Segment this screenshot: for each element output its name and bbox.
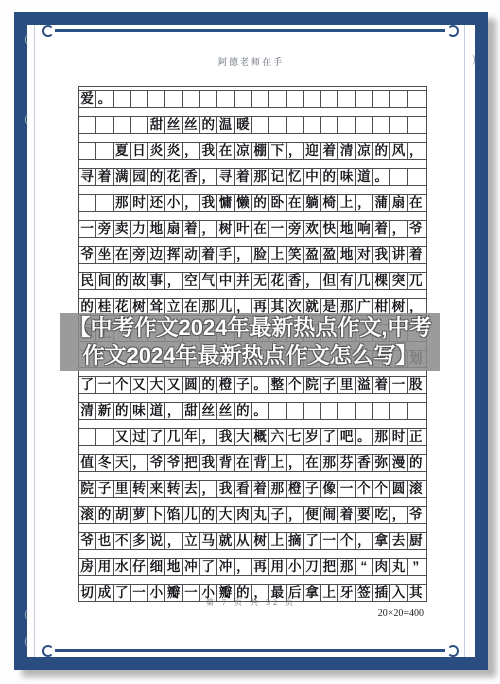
grid-cell: 味 bbox=[338, 169, 355, 185]
grid-cell: 花 bbox=[269, 273, 286, 289]
grid-cell: 扇 bbox=[390, 195, 407, 211]
grid-cell bbox=[79, 143, 96, 159]
grid-row: 民间的故事，空气中并无花香，但有几棵突兀 bbox=[79, 273, 426, 290]
grid-cell: 着 bbox=[373, 377, 390, 393]
grid-cell: 里 bbox=[338, 377, 355, 393]
grid-cell: 在 bbox=[287, 195, 304, 211]
grid-cell: 爱 bbox=[79, 91, 96, 107]
grid-cell: 丸 bbox=[390, 559, 407, 575]
grid-cell: 过 bbox=[131, 429, 148, 445]
grid-cell: 边 bbox=[148, 247, 165, 263]
grid-cell bbox=[252, 91, 269, 107]
grid-cell bbox=[373, 117, 390, 133]
grid-cell: 刀 bbox=[304, 559, 321, 575]
grid-cell: 中 bbox=[304, 169, 321, 185]
grid-cell: 我 bbox=[217, 429, 234, 445]
grid-cell bbox=[269, 403, 286, 419]
grid-cell: ， bbox=[200, 429, 217, 445]
grid-cell bbox=[390, 91, 407, 107]
grid-cell: 炎 bbox=[148, 143, 165, 159]
grid-cell: 丝 bbox=[217, 403, 234, 419]
grid-cell: 背 bbox=[217, 455, 234, 471]
grid-cell bbox=[79, 117, 96, 133]
grid-cell: 我 bbox=[217, 481, 234, 497]
grid-cell: 吧 bbox=[338, 429, 355, 445]
footer-grid-count: 20×20=400 bbox=[378, 608, 424, 619]
grid-cell: 的 bbox=[114, 273, 131, 289]
grid-cell bbox=[252, 117, 269, 133]
page-header: 阿德老师在手 bbox=[27, 55, 475, 68]
grid-cell: 丝 bbox=[183, 117, 200, 133]
grid-cell: ， bbox=[287, 507, 304, 523]
grid-cell: 子 bbox=[96, 481, 113, 497]
grid-cell: 把 bbox=[321, 559, 338, 575]
grid-cell bbox=[96, 143, 113, 159]
grid-cell: 从 bbox=[235, 533, 252, 549]
scroll-curl-bottom-left-icon bbox=[42, 645, 54, 657]
grid-cell: 正 bbox=[408, 429, 424, 445]
grid-gap-strip bbox=[79, 290, 426, 299]
grid-cell: 爷 bbox=[79, 247, 96, 263]
grid-cell: 年 bbox=[183, 429, 200, 445]
grid-gap-strip bbox=[79, 576, 426, 585]
grid-gap-strip bbox=[79, 264, 426, 273]
grid-cell: 棚 bbox=[252, 143, 269, 159]
grid-cell: 着 bbox=[96, 169, 113, 185]
grid-cell: 一 bbox=[321, 533, 338, 549]
grid-cell: 背 bbox=[252, 455, 269, 471]
grid-cell: 个 bbox=[356, 481, 373, 497]
grid-cell bbox=[356, 117, 373, 133]
grid-cell: 个 bbox=[114, 377, 131, 393]
grid-cell: 力 bbox=[131, 221, 148, 237]
grid-cell: ” bbox=[408, 559, 424, 575]
grid-cell: 用 bbox=[96, 559, 113, 575]
grid-cell: 爷 bbox=[408, 507, 424, 523]
grid-cell bbox=[114, 117, 131, 133]
grid-cell: 丝 bbox=[200, 403, 217, 419]
grid-gap-strip bbox=[79, 238, 426, 247]
grid-cell: 树 bbox=[252, 533, 269, 549]
grid-cell bbox=[217, 91, 234, 107]
grid-cell: 并 bbox=[235, 273, 252, 289]
grid-cell: 着 bbox=[321, 143, 338, 159]
grid-cell: 扇 bbox=[165, 221, 182, 237]
grid-cell: 着 bbox=[408, 247, 424, 263]
grid-cell bbox=[373, 403, 390, 419]
grid-cell: 时 bbox=[131, 195, 148, 211]
grid-row: 爷也不多说，立马就从树上摘了一个，拿去厨 bbox=[79, 533, 426, 550]
grid-cell: ， bbox=[165, 273, 182, 289]
grid-cell bbox=[148, 91, 165, 107]
grid-cell bbox=[131, 91, 148, 107]
grid-cell: 盈 bbox=[304, 247, 321, 263]
grid-cell: 蒲 bbox=[373, 195, 390, 211]
scroll-rule-bottom bbox=[55, 649, 445, 652]
grid-cell: 个 bbox=[373, 481, 390, 497]
grid-cell: 甜 bbox=[148, 117, 165, 133]
grid-cell: 一 bbox=[269, 221, 286, 237]
grid-cell: 了 bbox=[79, 377, 96, 393]
grid-cell: 那 bbox=[321, 455, 338, 471]
grid-cell: 的 bbox=[321, 169, 338, 185]
grid-cell: 地 bbox=[338, 221, 355, 237]
grid-cell: 中 bbox=[217, 273, 234, 289]
grid-gap-strip bbox=[79, 394, 426, 403]
grid-cell bbox=[287, 403, 304, 419]
grid-cell: 凉 bbox=[356, 143, 373, 159]
grid-cell: ， bbox=[200, 481, 217, 497]
grid-cell: 忆 bbox=[287, 169, 304, 185]
grid-cell: ， bbox=[165, 533, 182, 549]
grid-cell: 便 bbox=[304, 507, 321, 523]
grid-cell: 躺 bbox=[304, 195, 321, 211]
grid-cell: 溢 bbox=[356, 377, 373, 393]
grid-cell: 的 bbox=[200, 117, 217, 133]
grid-cell: 着 bbox=[235, 169, 252, 185]
grid-cell: 了 bbox=[304, 533, 321, 549]
grid-cell: 棵 bbox=[373, 273, 390, 289]
grid-cell: 马 bbox=[200, 533, 217, 549]
grid-gap-strip bbox=[79, 134, 426, 143]
grid-cell: 冲 bbox=[217, 559, 234, 575]
grid-cell: 香 bbox=[183, 169, 200, 185]
grid-cell: 时 bbox=[390, 429, 407, 445]
grid-cell: 像 bbox=[321, 481, 338, 497]
grid-cell: 丸 bbox=[252, 507, 269, 523]
grid-cell: ， bbox=[183, 143, 200, 159]
grid-cell: 肉 bbox=[235, 507, 252, 523]
overlay-title-line-1: 【中考作文2024年最新热点作文,中考 bbox=[68, 314, 431, 342]
grid-cell: 要 bbox=[356, 507, 373, 523]
grid-cell: 事 bbox=[148, 273, 165, 289]
grid-cell: 弥 bbox=[373, 455, 390, 471]
grid-row: 又过了几年，我大概六七岁了吧。那时正 bbox=[79, 429, 426, 446]
grid-cell: 的 bbox=[148, 169, 165, 185]
grid-cell: 在 bbox=[235, 455, 252, 471]
grid-cell: 还 bbox=[148, 195, 165, 211]
grid-cell: 立 bbox=[183, 533, 200, 549]
grid-cell bbox=[356, 403, 373, 419]
grid-cell: 讲 bbox=[390, 247, 407, 263]
grid-cell: 气 bbox=[200, 273, 217, 289]
grid-gap-strip bbox=[79, 498, 426, 507]
grid-cell: 上 bbox=[338, 195, 355, 211]
grid-cell: 在 bbox=[252, 221, 269, 237]
grid-row: 寻着满园的花香，寻着那记忆中的味道。 bbox=[79, 169, 426, 186]
grid-cell: 迎 bbox=[304, 143, 321, 159]
grid-cell: 那 bbox=[269, 481, 286, 497]
grid-cell: 上 bbox=[269, 455, 286, 471]
grid-gap-strip bbox=[79, 550, 426, 559]
grid-cell: ， bbox=[356, 195, 373, 211]
grid-cell: 小 bbox=[287, 559, 304, 575]
grid-cell: 爷 bbox=[165, 455, 182, 471]
page-curl-mark-icon: ( bbox=[24, 115, 28, 125]
grid-cell: 一 bbox=[79, 221, 96, 237]
grid-cell: 上 bbox=[269, 533, 286, 549]
grid-cell: 寻 bbox=[79, 169, 96, 185]
grid-cell: 卜 bbox=[148, 507, 165, 523]
grid-cell: 小 bbox=[165, 195, 182, 211]
grid-cell: 道 bbox=[148, 403, 165, 419]
grid-cell: 懒 bbox=[235, 195, 252, 211]
grid-cell bbox=[338, 117, 355, 133]
grid-cell: 值 bbox=[79, 455, 96, 471]
grid-cell: 转 bbox=[165, 481, 182, 497]
grid-cell: 七 bbox=[287, 429, 304, 445]
grid-cell: 炎 bbox=[165, 143, 182, 159]
grid-cell: 的 bbox=[114, 403, 131, 419]
grid-cell: 手 bbox=[217, 247, 234, 263]
grid-cell: 的 bbox=[96, 507, 113, 523]
grid-cell: 间 bbox=[96, 273, 113, 289]
grid-cell bbox=[321, 91, 338, 107]
grid-cell: 那 bbox=[373, 429, 390, 445]
grid-cell: 香 bbox=[356, 455, 373, 471]
grid-cell: 整 bbox=[269, 377, 286, 393]
grid-row: 夏日炎炎，我在凉棚下，迎着清凉的风， bbox=[79, 143, 426, 160]
grid-cell: 兀 bbox=[408, 273, 424, 289]
grid-cell: 大 bbox=[148, 377, 165, 393]
grid-cell: 着 bbox=[338, 507, 355, 523]
grid-cell: 我 bbox=[373, 247, 390, 263]
grid-cell: 就 bbox=[217, 533, 234, 549]
grid-cell: 儿 bbox=[183, 507, 200, 523]
grid-cell: 。 bbox=[96, 91, 113, 107]
grid-cell: 爷 bbox=[79, 533, 96, 549]
grid-cell: 快 bbox=[321, 221, 338, 237]
grid-cell: 园 bbox=[131, 169, 148, 185]
grid-cell: 故 bbox=[131, 273, 148, 289]
grid-cell: 坐 bbox=[96, 247, 113, 263]
grid-cell: 。 bbox=[373, 169, 390, 185]
grid-cell bbox=[408, 403, 424, 419]
grid-cell: ， bbox=[287, 143, 304, 159]
grid-cell: ， bbox=[165, 403, 182, 419]
grid-row: 院子里转来转去，我看着那橙子像一个个圆滚 bbox=[79, 481, 426, 498]
grid-cell: ， bbox=[200, 221, 217, 237]
grid-cell: 有 bbox=[338, 273, 355, 289]
grid-cell: 的 bbox=[373, 143, 390, 159]
grid-cell: 上 bbox=[269, 247, 286, 263]
grid-cell: 下 bbox=[269, 143, 286, 159]
page-curl-mark-icon: ( bbox=[24, 35, 28, 45]
grid-cell: 但 bbox=[321, 273, 338, 289]
grid-cell: 香 bbox=[287, 273, 304, 289]
grid-cell: 卖 bbox=[114, 221, 131, 237]
grid-cell: 的 bbox=[252, 195, 269, 211]
grid-cell: 寻 bbox=[217, 169, 234, 185]
grid-cell: ， bbox=[390, 507, 407, 523]
grid-cell: 子 bbox=[321, 377, 338, 393]
grid-cell bbox=[79, 195, 96, 211]
grid-cell: 清 bbox=[79, 403, 96, 419]
grid-cell bbox=[114, 91, 131, 107]
grid-cell: 的 bbox=[408, 455, 424, 471]
grid-cell: 暖 bbox=[235, 117, 252, 133]
grid-cell: 丝 bbox=[165, 117, 182, 133]
grid-cell: 子 bbox=[304, 481, 321, 497]
grid-cell: 盈 bbox=[321, 247, 338, 263]
grid-cell bbox=[408, 169, 424, 185]
grid-cell: 闹 bbox=[321, 507, 338, 523]
grid-cell: 地 bbox=[148, 221, 165, 237]
grid-cell: ， bbox=[131, 455, 148, 471]
grid-gap-strip bbox=[79, 446, 426, 455]
grid-cell: 吃 bbox=[373, 507, 390, 523]
grid-cell: 几 bbox=[356, 273, 373, 289]
grid-cell: 冲 bbox=[183, 559, 200, 575]
grid-cell: 几 bbox=[165, 429, 182, 445]
grid-cell: 来 bbox=[148, 481, 165, 497]
grid-cell: 看 bbox=[235, 481, 252, 497]
grid-cell: 。 bbox=[356, 429, 373, 445]
grid-row: 房用水仔细地冲了冲，再用小刀把那“肉丸” bbox=[79, 559, 426, 576]
grid-cell: 圆 bbox=[390, 481, 407, 497]
grid-cell: 日 bbox=[131, 143, 148, 159]
grid-cell: 冬 bbox=[96, 455, 113, 471]
grid-cell: 里 bbox=[114, 481, 131, 497]
page-curl-mark-icon: ( bbox=[24, 637, 28, 647]
grid-row: 爷坐在旁边挥动着手，脸上笑盈盈地对我讲着 bbox=[79, 247, 426, 264]
grid-cell: ， bbox=[235, 559, 252, 575]
grid-gap-strip bbox=[79, 186, 426, 195]
grid-cell: 芬 bbox=[338, 455, 355, 471]
grid-gap-strip bbox=[79, 420, 426, 429]
seo-overlay-banner: 【中考作文2024年最新热点作文,中考 作文2024年最新热点作文怎么写】 bbox=[60, 313, 440, 371]
grid-cell: 了 bbox=[148, 429, 165, 445]
grid-cell: 摘 bbox=[287, 533, 304, 549]
grid-cell: 股 bbox=[408, 377, 424, 393]
grid-cell: 挥 bbox=[165, 247, 182, 263]
grid-cell bbox=[79, 429, 96, 445]
footer-page-number: 第 7 页 共 32 页 bbox=[27, 597, 475, 608]
grid-cell: 卧 bbox=[269, 195, 286, 211]
grid-cell: 又 bbox=[114, 429, 131, 445]
grid-cell: 。 bbox=[252, 403, 269, 419]
page-curl-mark-icon: ( bbox=[24, 610, 28, 620]
grid-cell: 房 bbox=[79, 559, 96, 575]
grid-cell: 对 bbox=[356, 247, 373, 263]
grid-cell: 去 bbox=[183, 481, 200, 497]
grid-cell: 的 bbox=[200, 507, 217, 523]
grid-cell: 旁 bbox=[131, 247, 148, 263]
grid-cell: 欢 bbox=[304, 221, 321, 237]
grid-cell: ， bbox=[235, 247, 252, 263]
grid-cell: 爷 bbox=[148, 455, 165, 471]
grid-cell: 又 bbox=[165, 377, 182, 393]
grid-cell: 子 bbox=[235, 377, 252, 393]
grid-cell bbox=[235, 91, 252, 107]
grid-cell: 的 bbox=[200, 377, 217, 393]
grid-cell: 滚 bbox=[408, 481, 424, 497]
grid-cell: 空 bbox=[183, 273, 200, 289]
grid-cell bbox=[390, 117, 407, 133]
grid-cell: 院 bbox=[79, 481, 96, 497]
grid-cell bbox=[96, 117, 113, 133]
grid-cell: 一 bbox=[390, 377, 407, 393]
grid-cell: 脸 bbox=[252, 247, 269, 263]
grid-gap-strip bbox=[79, 524, 426, 533]
grid-cell: 我 bbox=[200, 143, 217, 159]
grid-cell: 橙 bbox=[217, 377, 234, 393]
grid-gap-strip bbox=[79, 472, 426, 481]
grid-cell: 再 bbox=[252, 559, 269, 575]
grid-cell: 个 bbox=[287, 377, 304, 393]
grid-cell: 大 bbox=[235, 429, 252, 445]
scroll-curl-bottom-right-icon bbox=[447, 645, 459, 657]
grid-cell: 那 bbox=[114, 195, 131, 211]
grid-row: 了一个又大又圆的橙子。整个院子里溢着一股 bbox=[79, 377, 426, 394]
grid-cell: 地 bbox=[338, 247, 355, 263]
grid-cell bbox=[356, 91, 373, 107]
grid-gap-strip bbox=[79, 212, 426, 221]
grid-cell: 漫 bbox=[390, 455, 407, 471]
grid-cell: 突 bbox=[390, 273, 407, 289]
grid-cell: 了 bbox=[200, 559, 217, 575]
grid-cell bbox=[390, 403, 407, 419]
grid-cell: 拿 bbox=[373, 533, 390, 549]
grid-cell: 凉 bbox=[235, 143, 252, 159]
grid-cell: 又 bbox=[131, 377, 148, 393]
grid-cell: 把 bbox=[183, 455, 200, 471]
grid-cell: 橙 bbox=[287, 481, 304, 497]
grid-cell: 记 bbox=[269, 169, 286, 185]
grid-cell: 在 bbox=[217, 143, 234, 159]
grid-cell: 笑 bbox=[287, 247, 304, 263]
grid-cell bbox=[338, 403, 355, 419]
grid-cell: ， bbox=[287, 455, 304, 471]
grid-cell: 风 bbox=[390, 143, 407, 159]
grid-cell: 肉 bbox=[373, 559, 390, 575]
grid-cell bbox=[373, 91, 390, 107]
grid-cell: 道 bbox=[356, 169, 373, 185]
grid-cell: 叶 bbox=[235, 221, 252, 237]
grid-cell: 胡 bbox=[114, 507, 131, 523]
grid-cell: 在 bbox=[408, 195, 424, 211]
grid-cell: 在 bbox=[114, 247, 131, 263]
grid-cell: 多 bbox=[131, 533, 148, 549]
grid-cell bbox=[200, 91, 217, 107]
grid-row: 那时还小，我慵懒的卧在躺椅上，蒲扇在 bbox=[79, 195, 426, 212]
grid-cell: 转 bbox=[131, 481, 148, 497]
scroll-curl-top-right-icon bbox=[447, 25, 459, 37]
grid-cell: 大 bbox=[217, 507, 234, 523]
grid-cell: 用 bbox=[269, 559, 286, 575]
grid-row: 值冬天，爷爷把我背在背上，在那芬香弥漫的 bbox=[79, 455, 426, 472]
grid-cell: ， bbox=[390, 221, 407, 237]
grid-cell: 着 bbox=[183, 221, 200, 237]
scroll-rule-top bbox=[55, 29, 445, 32]
grid-cell: 我 bbox=[200, 455, 217, 471]
grid-cell: 着 bbox=[252, 481, 269, 497]
grid-cell: 水 bbox=[114, 559, 131, 575]
grid-cell: 院 bbox=[304, 377, 321, 393]
grid-cell: 味 bbox=[131, 403, 148, 419]
grid-cell: 那 bbox=[338, 559, 355, 575]
grid-cell: 六 bbox=[269, 429, 286, 445]
grid-cell bbox=[287, 91, 304, 107]
grid-cell: 滚 bbox=[79, 507, 96, 523]
grid-cell: 慵 bbox=[217, 195, 234, 211]
grid-row: 爱。 bbox=[79, 91, 426, 108]
grid-cell: 个 bbox=[338, 533, 355, 549]
grid-cell: ， bbox=[356, 533, 373, 549]
grid-cell: 旁 bbox=[96, 221, 113, 237]
grid-cell: 说 bbox=[148, 533, 165, 549]
overlay-title-line-2: 作文2024年最新热点作文怎么写】 bbox=[83, 342, 418, 370]
